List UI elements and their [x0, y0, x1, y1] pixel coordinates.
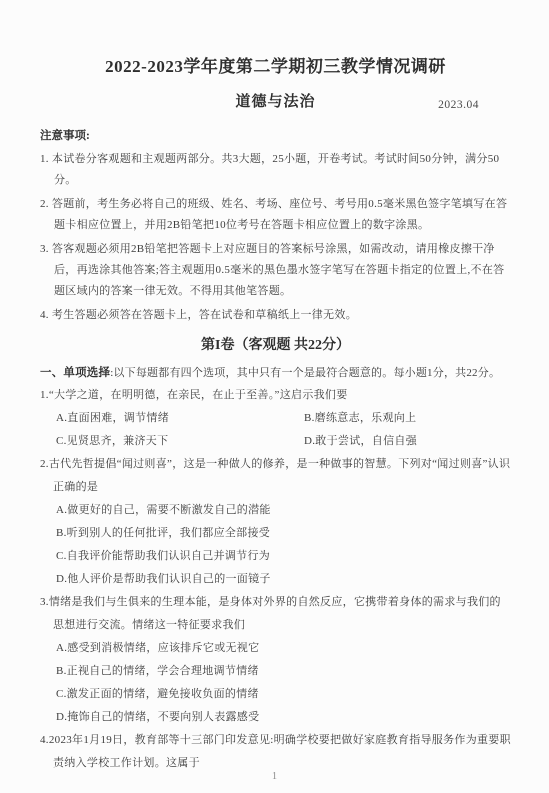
- question-3-option-b: B.正视自己的情绪，学会合理地调节情绪: [56, 660, 511, 683]
- question-1-option-c: C.见贤思齐，兼济天下: [56, 430, 304, 453]
- page-number: 1: [0, 771, 549, 782]
- notice-item-3: 3. 答客观题必须用2B铅笔把答题卡上对应题目的答案标号涂黑，如需改动，请用橡皮…: [40, 239, 511, 302]
- question-4: 4.2023年1月19日，教育部等十三部门印发意见:明确学校要把做好家庭教育指导…: [40, 729, 511, 775]
- question-3-option-a: A.感受到消极情绪，应该排斥它或无视它: [56, 637, 511, 660]
- notice-item-1: 1. 本试卷分客观题和主观题两部分。共3大题，25小题，开卷考试。考试时间50分…: [40, 149, 511, 191]
- question-2-option-a: A.做更好的自己，需要不断激发自己的潜能: [56, 499, 511, 522]
- subject-row: 道德与法治 2023.04: [40, 91, 511, 113]
- question-3-stem: 3.情绪是我们与生俱来的生理本能，是身体对外界的自然反应，它携带着身体的需求与我…: [40, 591, 511, 637]
- notice-item-4: 4. 考生答题必须答在答题卡上，答在试卷和草稿纸上一律无效。: [40, 305, 511, 326]
- question-1-stem: 1.“大学之道，在明明德，在亲民，在止于至善。”这启示我们要: [40, 384, 511, 407]
- section-1-instructions: 一、单项选择:以下每题都有四个选项，其中只有一个是最符合题意的。每小题1分，共2…: [40, 362, 511, 384]
- question-2-option-b: B.听到别人的任何批评，我们都应全部接受: [56, 522, 511, 545]
- question-1-option-a: A.直面困难，调节情绪: [56, 407, 304, 430]
- question-2-option-c: C.自我评价能帮助我们认识自己并调节行为: [56, 545, 511, 568]
- question-1-option-b: B.磨练意志，乐观向上: [304, 407, 511, 430]
- question-2-option-d: D.他人评价是帮助我们认识自己的一面镜子: [56, 568, 511, 591]
- question-2: 2.古代先哲提倡“闻过则喜”，这是一种做人的修养，是一种做事的智慧。下列对“闻过…: [40, 453, 511, 591]
- notice-item-2: 2. 答题前，考生务必将自己的班级、姓名、考场、座位号、考号用0.5毫米黑色签字…: [40, 194, 511, 236]
- choice-section-text: :以下每题都有四个选项，其中只有一个是最符合题意的。每小题1分，共22分。: [110, 367, 500, 379]
- question-2-options: A.做更好的自己，需要不断激发自己的潜能 B.听到别人的任何批评，我们都应全部接…: [40, 499, 511, 591]
- paper-title: 2022-2023学年度第二学期初三教学情况调研: [40, 56, 511, 78]
- question-3-option-c: C.激发正面的情绪，避免接收负面的情绪: [56, 683, 511, 706]
- choice-section-label: 一、单项选择: [40, 367, 110, 379]
- exam-date: 2023.04: [438, 94, 479, 116]
- exam-paper-page: 2022-2023学年度第二学期初三教学情况调研 道德与法治 2023.04 注…: [0, 0, 549, 793]
- subject-title: 道德与法治: [235, 94, 315, 110]
- notice-header: 注意事项:: [40, 126, 511, 147]
- question-4-stem: 4.2023年1月19日，教育部等十三部门印发意见:明确学校要把做好家庭教育指导…: [40, 729, 511, 775]
- question-3: 3.情绪是我们与生俱来的生理本能，是身体对外界的自然反应，它携带着身体的需求与我…: [40, 591, 511, 729]
- question-3-option-d: D.掩饰自己的情绪，不要向别人表露感受: [56, 706, 511, 729]
- question-1-options: A.直面困难，调节情绪 B.磨练意志，乐观向上 C.见贤思齐，兼济天下 D.敢于…: [40, 407, 511, 453]
- question-1-option-d: D.敢于尝试，自信自强: [304, 430, 511, 453]
- question-2-stem: 2.古代先哲提倡“闻过则喜”，这是一种做人的修养，是一种做事的智慧。下列对“闻过…: [40, 453, 511, 499]
- section-1-title: 第I卷（客观题 共22分）: [40, 335, 511, 357]
- question-3-options: A.感受到消极情绪，应该排斥它或无视它 B.正视自己的情绪，学会合理地调节情绪 …: [40, 637, 511, 729]
- question-1: 1.“大学之道，在明明德，在亲民，在止于至善。”这启示我们要 A.直面困难，调节…: [40, 384, 511, 453]
- notice-section: 注意事项: 1. 本试卷分客观题和主观题两部分。共3大题，25小题，开卷考试。考…: [40, 126, 511, 326]
